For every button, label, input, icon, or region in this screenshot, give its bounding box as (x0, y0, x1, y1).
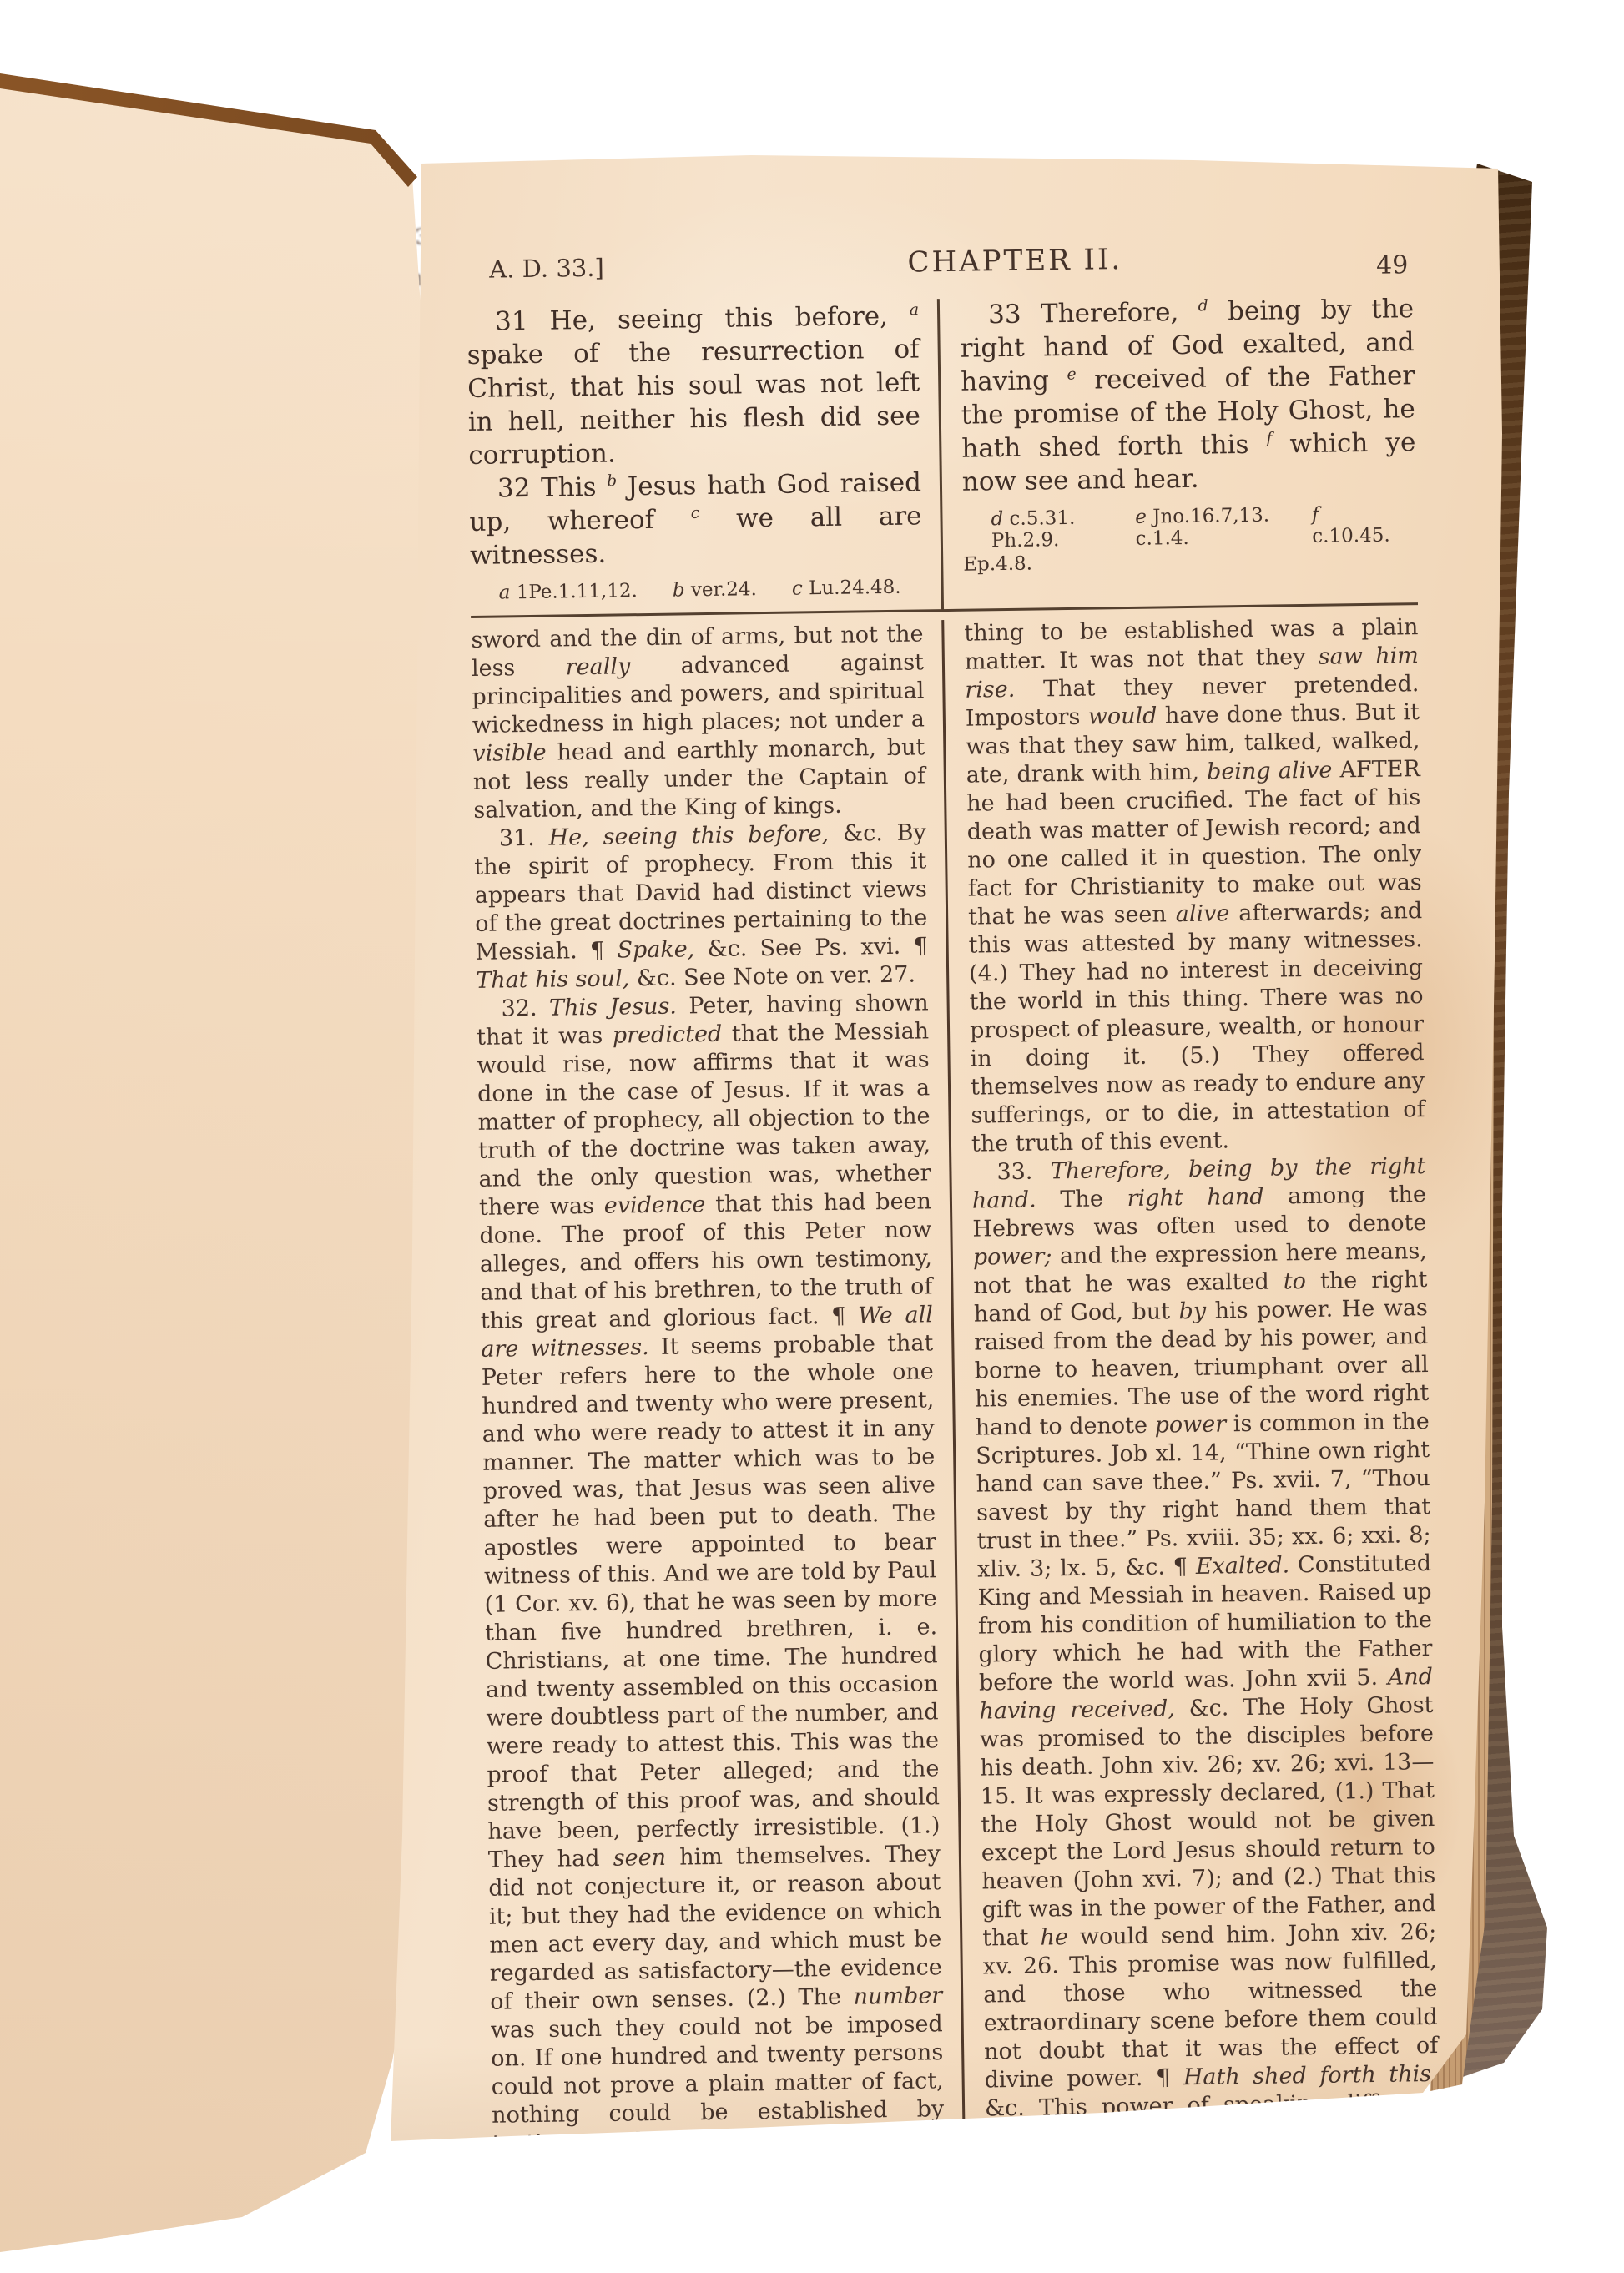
verse-reference: e Jno.16.7,13. c.1.4. (1135, 504, 1312, 550)
verse-reference-continued: Ep.4.8. (963, 547, 1417, 576)
verse-references-right: d c.5.31. Ph.2.9.e Jno.16.7,13. c.1.4.f … (962, 502, 1417, 552)
verse-reference: c Lu.24.48. (792, 577, 901, 600)
verse-reference: a 1Pe.1.11,12. (499, 580, 638, 603)
scripture-column-right: 33 Therefore, d being by the right hand … (937, 292, 1418, 612)
commentary-section: sword and the din of arms, but not the l… (471, 613, 1440, 2225)
commentary-paragraph: sword and the din of arms, but not the l… (471, 620, 925, 825)
commentary-left-paragraphs: sword and the din of arms, but not the l… (471, 620, 945, 2186)
header-date: A. D. 33.] (489, 254, 604, 284)
verse-33: 33 Therefore, d being by the right hand … (960, 292, 1416, 499)
commentary-paragraph: 32. This Jesus. Peter, having shown that… (476, 989, 945, 2186)
commentary-paragraph: thing to be established was a plain matt… (964, 613, 1425, 1159)
verse-32: 32 This b Jesus hath God raised up, wher… (469, 466, 923, 572)
signature-mark: E (493, 2189, 946, 2225)
commentary-column-right: thing to be established was a plain matt… (941, 613, 1440, 2218)
commentary-column-left: sword and the din of arms, but not the l… (471, 620, 964, 2225)
scripture-section: 31 He, seeing this before, a spake of th… (467, 292, 1418, 618)
commentary-paragraph: 33. Therefore, being by the right hand. … (971, 1152, 1440, 2208)
page-header: A. D. 33.] CHAPTER II. 49 (466, 239, 1413, 285)
verse-references-left: a 1Pe.1.11,12.b ver.24.c Lu.24.48. (471, 576, 923, 604)
chapter-title: CHAPTER II. (907, 243, 1122, 280)
page-number: 49 (1376, 250, 1409, 280)
book-photo: THE ACTS. [A. D. 3 of David. Ps.66. Luke… (0, 0, 1624, 2273)
right-page-content: A. D. 33.] CHAPTER II. 49 31 He, seeing … (466, 239, 1440, 2225)
verse-reference: b ver.24. (673, 578, 757, 601)
scripture-column-left: 31 He, seeing this before, a spake of th… (467, 299, 941, 618)
commentary-paragraph: 31. He, seeing this before, &c. By the s… (474, 819, 929, 995)
verse-31: 31 He, seeing this before, a spake of th… (467, 299, 921, 472)
verse-reference: d c.5.31. Ph.2.9. (991, 507, 1136, 552)
verse-reference: f c.10.45. (1312, 502, 1395, 547)
